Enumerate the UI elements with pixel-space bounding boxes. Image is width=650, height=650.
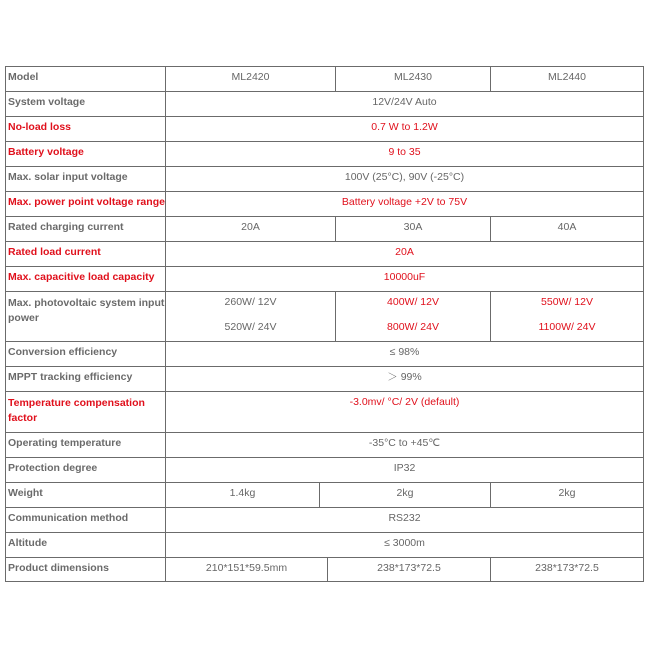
model-ml2430: ML2430 (335, 67, 490, 91)
table-row: Communication method RS232 (5, 507, 644, 532)
row-label: MPPT tracking efficiency (5, 367, 165, 391)
table-row: Max. capacitive load capacity 10000uF (5, 266, 644, 291)
row-value-ml2440: 238*173*72.5 (490, 558, 644, 581)
value-24v: 520W/ 24V (166, 321, 335, 334)
row-value-ml2440: 550W/ 12V 1100W/ 24V (490, 292, 644, 341)
row-value: 100V (25°C), 90V (-25°C) (165, 167, 644, 191)
row-value-ml2420: 1.4kg (165, 483, 319, 507)
row-value: 0.7 W to 1.2W (165, 117, 644, 141)
row-value: ＞ 99% (165, 367, 644, 391)
row-label: Temperature compensation factor (5, 392, 165, 432)
table-row: Battery voltage 9 to 35 (5, 141, 644, 166)
row-value: ≤ 98% (165, 342, 644, 366)
row-label: Protection degree (5, 458, 165, 482)
table-row: Rated charging current 20A 30A 40A (5, 216, 644, 241)
row-value: -35°C to +45℃ (165, 433, 644, 457)
table-row: Altitude ≤ 3000m (5, 532, 644, 557)
row-value-ml2440: 2kg (490, 483, 644, 507)
row-value-ml2420: 260W/ 12V 520W/ 24V (165, 292, 335, 341)
spec-table: Model ML2420 ML2430 ML2440 System voltag… (5, 66, 644, 582)
table-row: MPPT tracking efficiency ＞ 99% (5, 366, 644, 391)
row-value-ml2440: 40A (490, 217, 644, 241)
row-label: Battery voltage (5, 142, 165, 166)
table-row: Max. power point voltage range Battery v… (5, 191, 644, 216)
row-value: 20A (165, 242, 644, 266)
row-value-ml2430: 2kg (319, 483, 490, 507)
header-label: Model (5, 67, 165, 91)
row-label: No-load loss (5, 117, 165, 141)
row-label: Rated charging current (5, 217, 165, 241)
row-value: ≤ 3000m (165, 533, 644, 557)
table-row: Protection degree IP32 (5, 457, 644, 482)
row-value: 10000uF (165, 267, 644, 291)
row-value-ml2430: 400W/ 12V 800W/ 24V (335, 292, 490, 341)
table-row: Conversion efficiency ≤ 98% (5, 341, 644, 366)
row-value-ml2430: 30A (335, 217, 490, 241)
value-24v: 800W/ 24V (336, 321, 490, 334)
table-row: Rated load current 20A (5, 241, 644, 266)
value-24v: 1100W/ 24V (491, 321, 643, 334)
row-value: -3.0mv/ °C/ 2V (default) (165, 392, 644, 432)
row-value: 12V/24V Auto (165, 92, 644, 116)
row-value: RS232 (165, 508, 644, 532)
model-ml2440: ML2440 (490, 67, 644, 91)
row-value-ml2430: 238*173*72.5 (327, 558, 490, 581)
table-row: System voltage 12V/24V Auto (5, 91, 644, 116)
row-value: IP32 (165, 458, 644, 482)
value-12v: 400W/ 12V (387, 296, 439, 308)
value-12v: 550W/ 12V (541, 296, 593, 308)
row-label: Altitude (5, 533, 165, 557)
table-row: Product dimensions 210*151*59.5mm 238*17… (5, 557, 644, 582)
row-label: Communication method (5, 508, 165, 532)
row-label: Conversion efficiency (5, 342, 165, 366)
row-value-ml2420: 210*151*59.5mm (165, 558, 327, 581)
model-ml2420: ML2420 (165, 67, 335, 91)
row-label: Max. power point voltage range (5, 192, 165, 216)
table-row: No-load loss 0.7 W to 1.2W (5, 116, 644, 141)
table-row: Max. photovoltaic system input power 260… (5, 291, 644, 341)
row-label: Weight (5, 483, 165, 507)
table-row: Max. solar input voltage 100V (25°C), 90… (5, 166, 644, 191)
row-label: Operating temperature (5, 433, 165, 457)
row-value-ml2420: 20A (165, 217, 335, 241)
table-row: Operating temperature -35°C to +45℃ (5, 432, 644, 457)
table-row: Temperature compensation factor -3.0mv/ … (5, 391, 644, 432)
row-value: 9 to 35 (165, 142, 644, 166)
table-row: Weight 1.4kg 2kg 2kg (5, 482, 644, 507)
row-value: Battery voltage +2V to 75V (165, 192, 644, 216)
value-12v: 260W/ 12V (225, 296, 277, 308)
row-label: System voltage (5, 92, 165, 116)
row-label: Rated load current (5, 242, 165, 266)
table-header-row: Model ML2420 ML2430 ML2440 (5, 66, 644, 91)
row-label: Product dimensions (5, 558, 165, 581)
row-label: Max. photovoltaic system input power (5, 292, 165, 341)
row-label: Max. capacitive load capacity (5, 267, 165, 291)
row-label: Max. solar input voltage (5, 167, 165, 191)
